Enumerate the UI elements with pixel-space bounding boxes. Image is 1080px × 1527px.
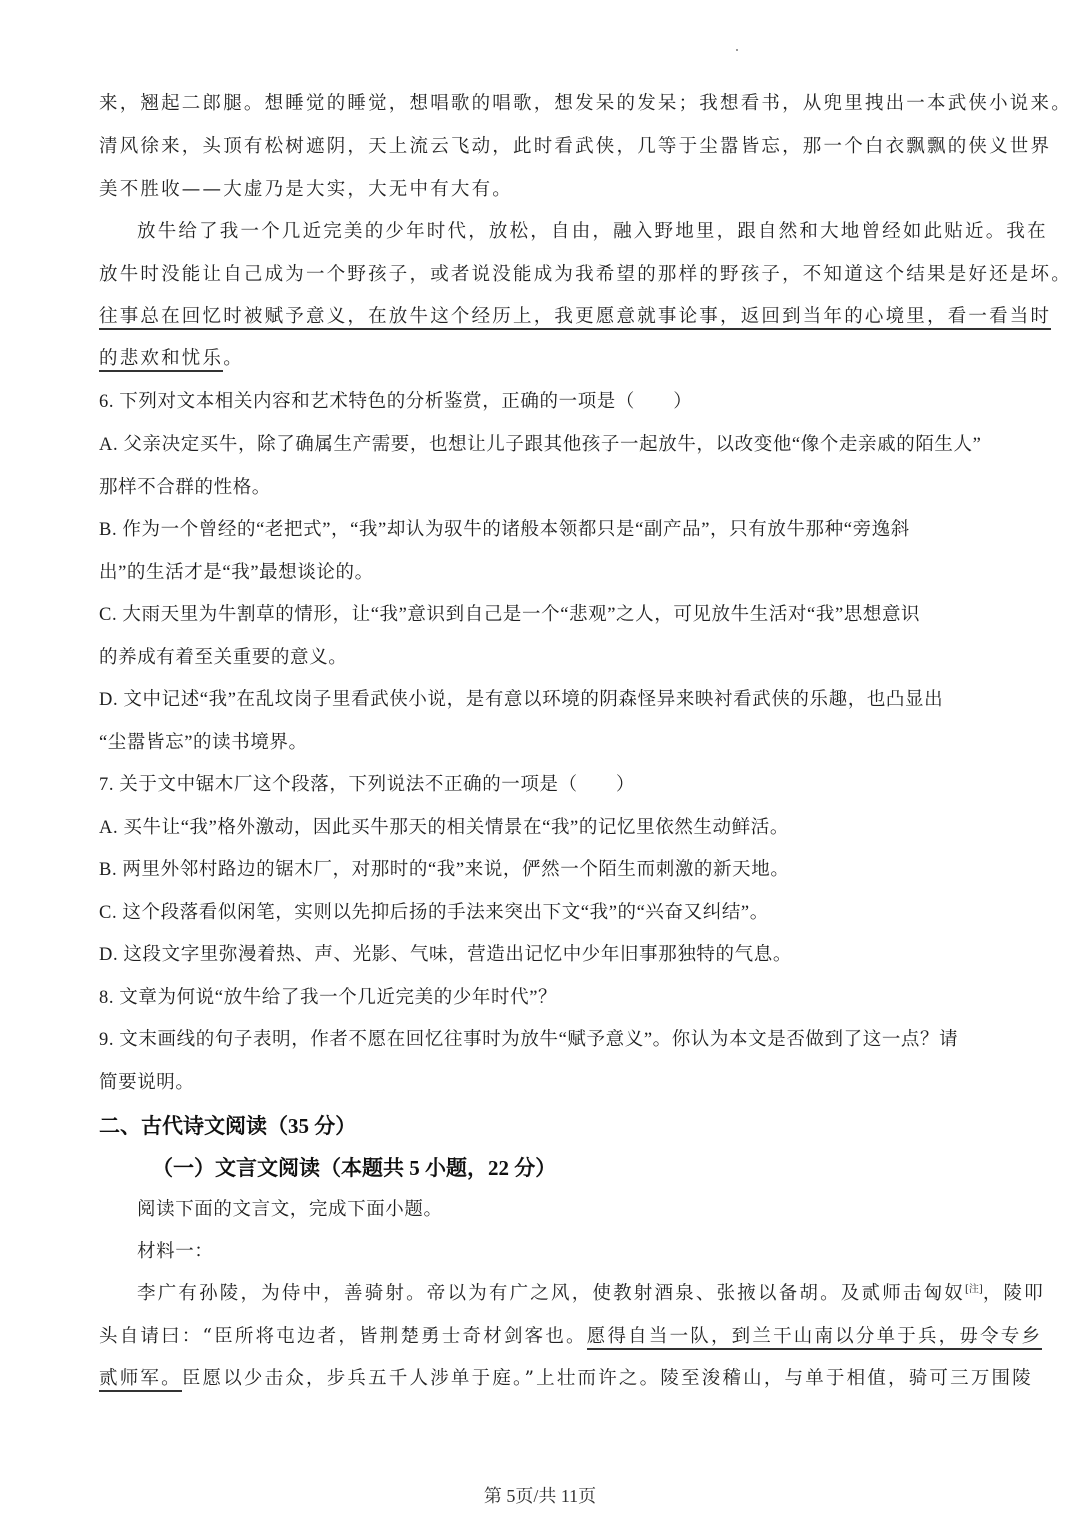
- q6-option-c: C. 大雨天里为牛割草的情形，让“我”意识到自己是一个“悲观”之人，可见放牛生活…: [99, 603, 920, 627]
- q7-option-d: D. 这段文字里弥漫着热、声、光影、气味，营造出记忆中少年旧事那独特的气息。: [99, 943, 792, 967]
- passage-line: 来，翘起二郎腿。想睡觉的睡觉，想唱歌的唱歌，想发呆的发呆；我想看书，从兜里拽出一…: [99, 92, 1072, 116]
- question-8-stem: 8. 文章为何说“放牛给了我一个几近完美的少年时代”？: [99, 986, 557, 1010]
- q6-option-c-cont: 的养成有着至关重要的意义。: [99, 646, 347, 670]
- q6-option-b-cont: 出”的生活才是“我”最想谈论的。: [99, 561, 374, 585]
- q6-option-b: B. 作为一个曾经的“老把式”，“我”却认为驭牛的诸般本领都只是“副产品”，只有…: [99, 518, 910, 542]
- subsection-heading: （一）文言文阅读（本题共 5 小题，22 分）: [152, 1154, 556, 1182]
- underlined-text: 贰师军。: [99, 1368, 182, 1392]
- exam-page: 来，翘起二郎腿。想睡觉的睡觉，想唱歌的唱歌，想发呆的发呆；我想看书，从兜里拽出一…: [0, 0, 1080, 1527]
- scan-speck: [736, 49, 738, 51]
- underlined-sentence-line: 的悲欢和忧乐。: [99, 347, 244, 371]
- passage-line: 美不胜收——大虚乃是大实，大无中有大有。: [99, 178, 513, 202]
- passage-line: 放牛给了我一个几近完美的少年时代，放松，自由，融入野地里，跟自然和大地曾经如此贴…: [137, 220, 1048, 244]
- q7-option-a: A. 买牛让“我”格外激动，因此买牛那天的相关情景在“我”的记忆里依然生动鲜活。: [99, 816, 789, 840]
- question-6-stem: 6. 下列对文本相关内容和艺术特色的分析鉴赏，正确的一项是（ ）: [99, 390, 692, 414]
- period: 。: [223, 348, 244, 369]
- material-text: 头自请曰：“臣所将屯边者，皆荆楚勇士奇材剑客也。: [99, 1326, 587, 1347]
- q6-option-d: D. 文中记述“我”在乱坟岗子里看武侠小说，是有意以环境的阴森怪异来映衬看武侠的…: [99, 688, 943, 712]
- question-7-stem: 7. 关于文中锯木厂这个段落，下列说法不正确的一项是（ ）: [99, 773, 635, 797]
- passage-line: 清风徐来，头顶有松树遮阴，天上流云飞动，此时看武侠，几等于尘嚣皆忘，那一个白衣飘…: [99, 135, 1051, 159]
- q6-option-a-cont: 那样不合群的性格。: [99, 476, 271, 500]
- material-text: 李广有孙陵，为侍中，善骑射。帝以为有广之风，使教射酒泉、张掖以备胡。及贰师击匈奴: [137, 1283, 965, 1304]
- passage-line: 放牛时没能让自己成为一个野孩子，或者说没能成为我希望的那样的野孩子，不知道这个结…: [99, 263, 1072, 287]
- question-9-stem: 9. 文末画线的句子表明，作者不愿在回忆往事时为放牛“赋予意义”。你认为本文是否…: [99, 1028, 958, 1052]
- material-line: 贰师军。臣愿以少击众，步兵五千人涉单于庭。”上壮而许之。陵至浚稽山，与单于相值，…: [99, 1367, 1033, 1391]
- q6-option-a: A. 父亲决定买牛，除了确属生产需要，也想让儿子跟其他孩子一起放牛，以改变他“像…: [99, 433, 981, 457]
- material-text: 臣愿以少击众，步兵五千人涉单于庭。”上壮而许之。陵至浚稽山，与单于相值，骑可三万…: [182, 1368, 1033, 1389]
- underlined-text: 的悲欢和忧乐: [99, 348, 223, 372]
- reading-instruction: 阅读下面的文言文，完成下面小题。: [137, 1198, 443, 1222]
- section-heading: 二、古代诗文阅读（35 分）: [99, 1112, 356, 1140]
- q7-option-b: B. 两里外邻村路边的锯木厂，对那时的“我”来说，俨然一个陌生而刺激的新天地。: [99, 858, 789, 882]
- q6-option-d-cont: “尘嚣皆忘”的读书境界。: [99, 731, 308, 755]
- underlined-text: 愿得自当一队，到兰干山南以分单于兵，毋令专乡: [587, 1326, 1042, 1350]
- question-9-stem-cont: 简要说明。: [99, 1071, 195, 1095]
- footnote-marker: [注]: [965, 1284, 983, 1295]
- material-line: 头自请曰：“臣所将屯边者，皆荆楚勇士奇材剑客也。愿得自当一队，到兰干山南以分单于…: [99, 1325, 1042, 1349]
- underlined-text: 往事总在回忆时被赋予意义，在放牛这个经历上，我更愿意就事论事，返回到当年的心境里…: [99, 306, 1051, 330]
- underlined-sentence-line: 往事总在回忆时被赋予意义，在放牛这个经历上，我更愿意就事论事，返回到当年的心境里…: [99, 305, 1051, 329]
- material-text: ，陵叩: [983, 1283, 1045, 1304]
- page-indicator: 第 5页/共 11页: [0, 1482, 1080, 1508]
- q7-option-c: C. 这个段落看似闲笔，实则以先抑后扬的手法来突出下文“我”的“兴奋又纠结”。: [99, 901, 769, 925]
- material-label: 材料一：: [137, 1240, 213, 1264]
- material-line: 李广有孙陵，为侍中，善骑射。帝以为有广之风，使教射酒泉、张掖以备胡。及贰师击匈奴…: [137, 1282, 1045, 1306]
